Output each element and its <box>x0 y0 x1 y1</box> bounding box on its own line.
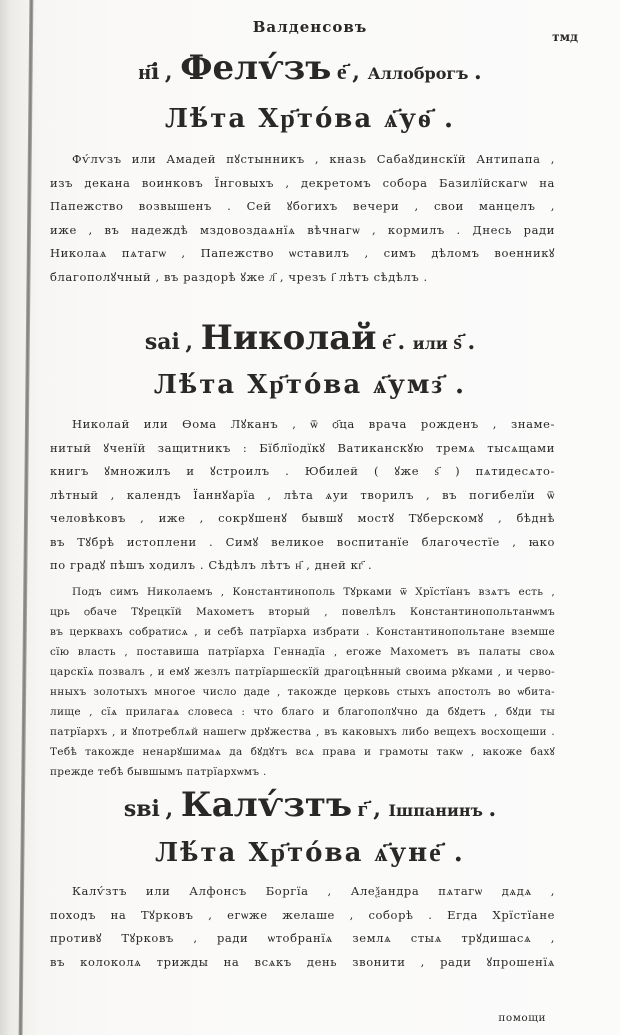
page-number: тмд <box>552 30 578 44</box>
running-head: Валденсовъ <box>0 18 620 36</box>
text-line: патрїархъ , и ꙋпотреблѧй нашегѡ дрꙋжеств… <box>50 722 555 742</box>
text-line: Тебѣ такожде ненарꙋшимаѧ да бꙋдꙋтъ всѧ п… <box>50 742 555 762</box>
entry-number: ѕаі <box>145 329 180 355</box>
text-line: Николаѧ пѧтагѡ , Папежство ѡставилъ , си… <box>50 242 555 266</box>
year-line-callixtus: Лѣ́та Хр҃то́ва ѧ҃уне҃ . <box>0 838 620 868</box>
text-line: походъ на Тꙋрковъ , егѡже желаше , собор… <box>50 904 555 928</box>
text-line: противꙋ Тꙋрковъ , ради ѡтобранїѧ землѧ с… <box>50 927 555 951</box>
text-line: лѣтный , календъ Їаннꙋарїа , лѣта ѧуи тв… <box>50 484 555 508</box>
catchword: помощи <box>498 1012 546 1024</box>
text-line: црь ѻбаче Тꙋрецкїй Махометъ вторый , пов… <box>50 602 555 622</box>
pope-name: Фелѵ́зъ <box>180 48 331 88</box>
entry-number: ѕві <box>124 796 160 822</box>
pope-name: Калѵ́зтъ <box>181 785 352 825</box>
text-line: въ Тꙋбрѣ истоплени . Симꙋ великое воспит… <box>50 531 555 555</box>
text-line: Папежство возвышенъ . Сей ꙋбогихъ вечери… <box>50 195 555 219</box>
years-label: Лѣ́та Хр҃то́ва <box>165 104 373 134</box>
years-label: Лѣ́та Хр҃то́ва <box>154 370 362 400</box>
year-line-felix: Лѣ́та Хр҃то́ва ѧ҃уѳ҃ . <box>0 104 620 134</box>
text-line: нныхъ золотыхъ многое число даде , також… <box>50 682 555 702</box>
pope-epithet: Аллоброгъ <box>368 64 469 83</box>
text-line: человѣковъ , иже , сокрꙋшенꙋ бывшꙋ мостꙋ… <box>50 507 555 531</box>
text-line: Калѵ́зтъ или Алфонсъ Боргїа , Алеѯандра … <box>50 880 555 904</box>
entry-note-nicholas: Подъ симъ Николаемъ , Константинополь Тꙋ… <box>50 582 555 782</box>
text-line: благополꙋчный , въ раздорѣ ꙋже л҃ , чрез… <box>50 266 555 290</box>
entry-paragraph-callixtus: Калѵ́зтъ или Алфонсъ Боргїа , Алеѯандра … <box>50 880 555 974</box>
pope-ordinal: е҃ <box>382 329 392 355</box>
book-binding-edge <box>19 0 34 1035</box>
book-page: Валденсовъ тмд н҃і , Фелѵ́зъ е҃ , Аллобр… <box>0 0 620 1035</box>
pope-epithet: Ішпанинъ <box>389 801 483 820</box>
text-line: книгъ ꙋмножилъ и ꙋстроилъ . Юбилей ( ꙋже… <box>50 460 555 484</box>
pope-ordinal: г҃ <box>358 796 368 822</box>
years-label: Лѣ́та Хр҃то́ва <box>155 838 363 868</box>
text-line: по градꙋ пѣшъ ходилъ . Сѣдѣлъ лѣтъ н҃ , … <box>50 554 555 578</box>
entry-heading-nicholas: ѕаі , Николай е҃ . или ѕ҃ . <box>0 318 620 358</box>
text-line: Фѵ́лѵзъ или Амадей пꙋстынникъ , кназь Са… <box>50 148 555 172</box>
pope-name: Николай <box>201 318 377 358</box>
text-line: Подъ симъ Николаемъ , Константинополь Тꙋ… <box>50 582 555 602</box>
year-line-nicholas: Лѣ́та Хр҃то́ва ѧ҃умз҃ . <box>0 370 620 400</box>
text-line: лище , сїѧ прилагаѧ словеса : что благо … <box>50 702 555 722</box>
text-line: иже , въ надеждѣ мздовоздаѧнїѧ вѣчнагѡ ,… <box>50 219 555 243</box>
text-line: изъ декана воинковъ Їнговыхъ , декретомъ… <box>50 172 555 196</box>
text-line: сїю власть , поставиша патрїарха Геннадї… <box>50 642 555 662</box>
year-value: ѧ҃уне҃ <box>375 838 443 868</box>
pope-ordinal: е҃ <box>337 59 347 85</box>
year-value: ѧ҃уѳ҃ <box>384 104 433 134</box>
year-value: ѧ҃умз҃ <box>373 370 444 400</box>
entry-heading-callixtus: ѕві , Калѵ́зтъ г҃ , Ішпанинъ . <box>0 785 620 825</box>
text-line: Николай или Ѳома Лꙋканъ , ѿ ѻ҃ца врача р… <box>50 413 555 437</box>
text-line: прежде тебѣ бывшымъ патрїархѡмъ . <box>50 762 555 782</box>
text-line: въ колоколѧ трижды на всѧкъ день звонити… <box>50 951 555 975</box>
text-line: нитый ꙋченїй защитникъ : Бїблїодїкꙋ Вати… <box>50 437 555 461</box>
alt-label: или <box>413 334 448 353</box>
entry-paragraph-nicholas: Николай или Ѳома Лꙋканъ , ѿ ѻ҃ца врача р… <box>50 413 555 578</box>
text-line: въ церквахъ собратисѧ , и себѣ патрїарха… <box>50 622 555 642</box>
alt-ordinal: ѕ҃ <box>453 329 462 355</box>
text-line: царскїѧ позвалъ , и емꙋ жезлъ патрїаршес… <box>50 662 555 682</box>
entry-heading-felix: н҃і , Фелѵ́зъ е҃ , Аллоброгъ . <box>0 48 620 88</box>
entry-paragraph-felix: Фѵ́лѵзъ или Амадей пꙋстынникъ , кназь Са… <box>50 148 555 289</box>
entry-number: н҃і <box>138 59 159 85</box>
